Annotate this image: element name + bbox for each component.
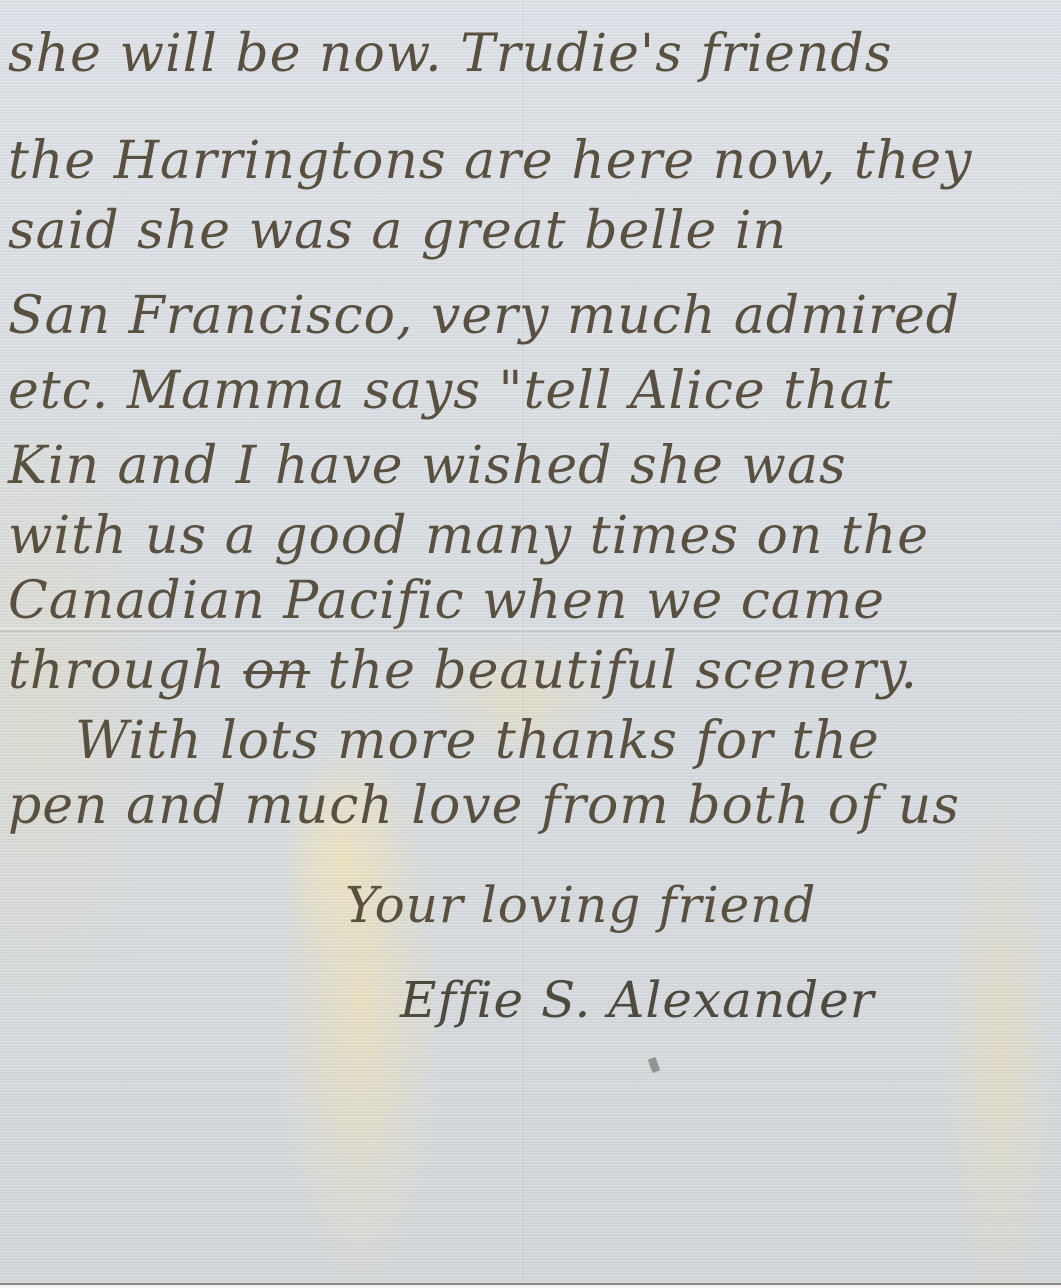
letter-line-6: Kin and I have wished she was	[8, 440, 847, 492]
line-9-end: the beautiful scenery.	[310, 641, 918, 701]
letter-line-7: with us a good many times on the	[8, 510, 929, 562]
letter-line-5: etc. Mamma says "tell Alice that	[8, 365, 893, 417]
line-9-start: through	[8, 641, 243, 701]
letter-line-10: With lots more thanks for the	[75, 715, 880, 767]
letter-line-8: Canadian Pacific when we came	[8, 575, 885, 627]
letter-page: she will be now. Trudie's friends the Ha…	[0, 0, 1061, 1285]
struck-out-word: on	[243, 641, 310, 701]
letter-line-1: she will be now. Trudie's friends	[8, 28, 892, 80]
signature: Effie S. Alexander	[400, 975, 875, 1025]
ink-speck	[648, 1057, 660, 1073]
letter-line-2: the Harringtons are here now, they	[8, 135, 972, 187]
closing-salutation: Your loving friend	[345, 880, 816, 930]
letter-line-4: San Francisco, very much admired	[8, 290, 960, 342]
letter-line-9: through on the beautiful scenery.	[8, 645, 918, 697]
letter-line-3: said she was a great belle in	[8, 205, 787, 257]
letter-line-11: pen and much love from both of us	[8, 780, 960, 832]
